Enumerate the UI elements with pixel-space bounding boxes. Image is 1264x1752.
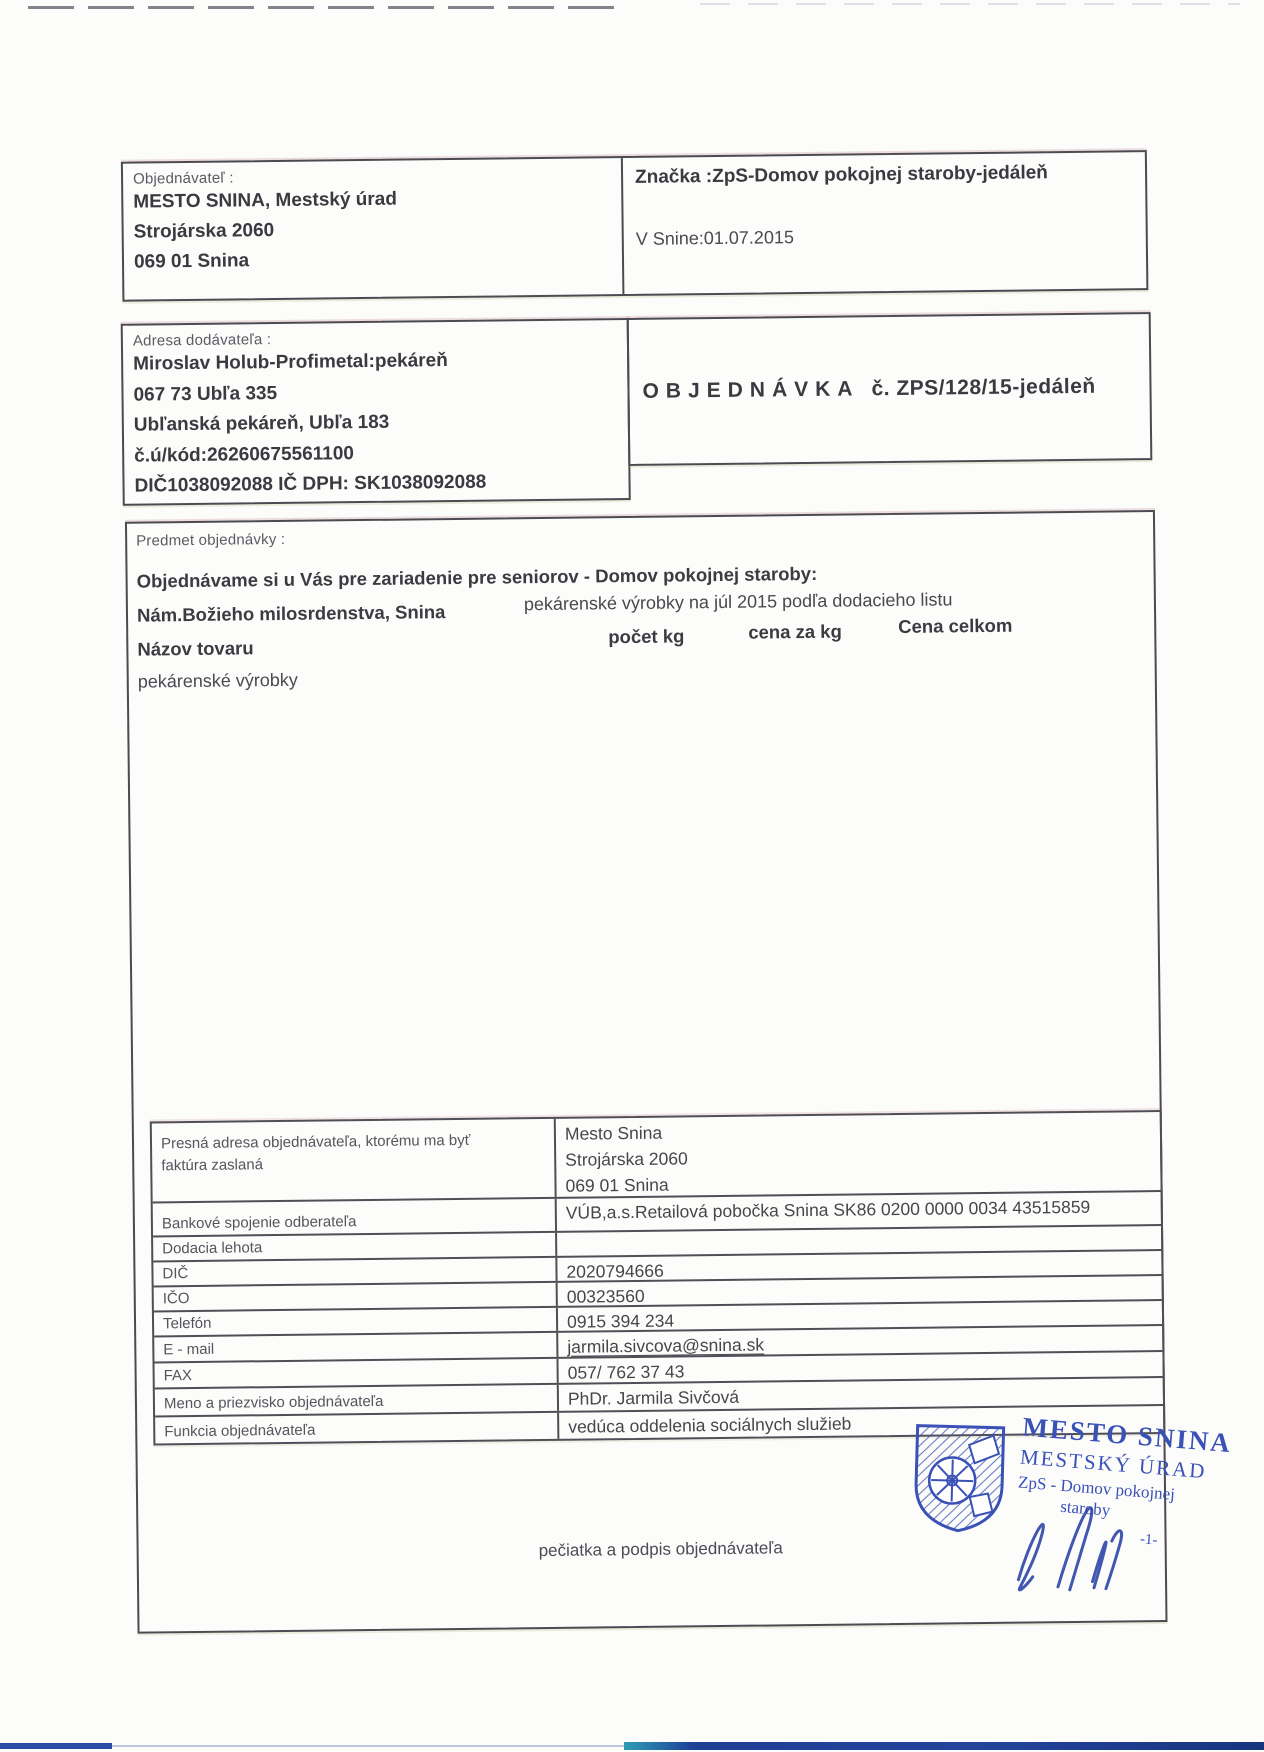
row-label: Bankové spojenie odberateľa	[153, 1199, 557, 1236]
order-title-box: OBJEDNÁVKAč. ZPS/128/15-jedáleň	[627, 312, 1153, 466]
order-word: OBJEDNÁVKA	[642, 377, 859, 402]
order-intro: Objednávame si u Vás pre zariadenie pre …	[137, 563, 818, 593]
row-value: Mesto Snina Strojárska 2060 069 01 Snina	[556, 1112, 1161, 1197]
row-label: Telefón	[154, 1308, 558, 1336]
row-value: VÚB,a.s.Retailová pobočka Snina SK86 020…	[557, 1192, 1161, 1231]
scan-artifact-top-line	[28, 6, 622, 9]
column-item-name: Názov tovaru	[137, 637, 253, 660]
column-unit-price: cena za kg	[748, 621, 842, 644]
buyer-header-box: Objednávateľ : MESTO SNINA, Mestský úrad…	[121, 150, 1149, 302]
scan-artifact-bottom-right-bar	[624, 1742, 1264, 1750]
row-value: vedúca oddelenia sociálnych služieb	[559, 1406, 1163, 1439]
row-label: E - mail	[154, 1333, 558, 1362]
supplier-box: Adresa dodávateľa : Miroslav Holub-Profi…	[121, 318, 631, 506]
scan-artifact-top-line-right	[700, 3, 1240, 5]
supplier-taxids: DIČ1038092088 IČ DPH: SK1038092088	[134, 466, 618, 502]
item-name: pekárenské výrobky	[138, 670, 298, 693]
stamp-and-signature-caption: pečiatka a podpis objednávateľa	[539, 1538, 783, 1561]
subject-label: Predmet objednávky :	[136, 531, 285, 550]
order-subject-box: Predmet objednávky : Objednávame si u Vá…	[125, 510, 1168, 1634]
row-label: Meno a priezvisko objednávateľa	[155, 1385, 559, 1416]
table-row: Presná adresa objednávateľa, ktorému ma …	[152, 1112, 1161, 1201]
column-quantity: počet kg	[608, 625, 684, 648]
row-label: FAX	[155, 1359, 559, 1388]
row-label: Funkcia objednávateľa	[155, 1413, 559, 1444]
reference-mark: Značka :ZpS-Domov pokojnej staroby-jedál…	[635, 161, 1133, 189]
row-label: IČO	[154, 1283, 558, 1311]
period-note: pekárenské výrobky na júl 2015 podľa dod…	[524, 589, 953, 615]
row-label: DIČ	[153, 1258, 557, 1286]
scanned-page: Objednávateľ : MESTO SNINA, Mestský úrad…	[0, 0, 1264, 1752]
row-label: Dodacia lehota	[153, 1233, 557, 1261]
buyer-city: 069 01 Snina	[134, 242, 612, 277]
buyer-details-table: Presná adresa objednávateľa, ktorému ma …	[150, 1110, 1166, 1445]
facility-address: Nám.Božieho milosrdenstva, Snina	[137, 601, 446, 626]
column-total-price: Cena celkom	[898, 615, 1012, 638]
place-and-date: V Snine:01.07.2015	[636, 223, 1134, 250]
row-label: Presná adresa objednávateľa, ktorému ma …	[152, 1119, 557, 1202]
mark-cell: Značka :ZpS-Domov pokojnej staroby-jedál…	[623, 152, 1147, 294]
order-number: č. ZPS/128/15-jedáleň	[871, 375, 1095, 401]
order-title: OBJEDNÁVKAč. ZPS/128/15-jedáleň	[642, 375, 1095, 404]
buyer-cell: Objednávateľ : MESTO SNINA, Mestský úrad…	[123, 158, 625, 300]
scan-artifact-bottom-left-bar	[0, 1743, 112, 1749]
scan-artifact-bottom-middle-line	[112, 1745, 624, 1747]
